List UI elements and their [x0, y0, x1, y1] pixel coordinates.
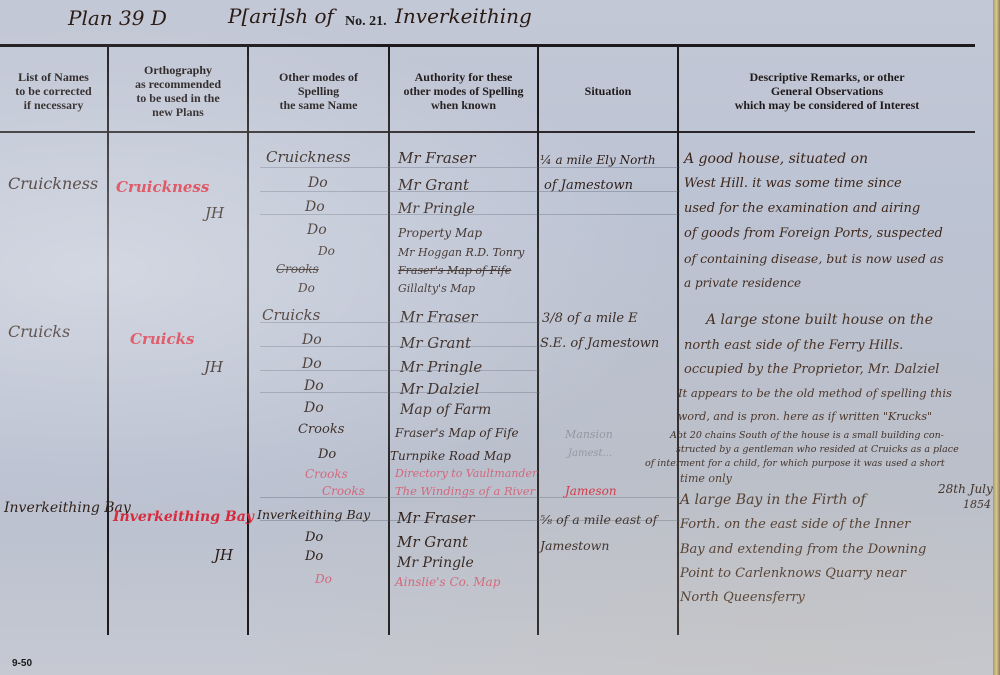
spelling-variant: Do [304, 400, 324, 416]
authority: Mr Fraser [398, 149, 476, 167]
situation-line: ¼ a mile Ely North [540, 153, 656, 167]
authority: Mr Pringle [397, 555, 474, 571]
orthography-recommended: Inverkeithing Bay [113, 509, 254, 525]
remark-line: structed by a gentleman who resided at C… [676, 444, 959, 455]
name-to-correct: Inverkeithing Bay [4, 500, 131, 516]
orthography-recommended: Cruicks [130, 330, 194, 348]
remark-line: occupied by the Proprietor, Mr. Dalziel [684, 362, 939, 377]
spelling-variant: Do [305, 530, 323, 545]
authority: Mr Grant [398, 176, 469, 194]
remark-line: North Queensferry [680, 590, 805, 605]
remark-line: It appears to be the old method of spell… [678, 386, 952, 400]
red-authority-note: Directory to Vaultmander [395, 467, 537, 480]
red-spelling-note: Crooks [322, 484, 365, 498]
authority: Turnpike Road Map [390, 449, 511, 463]
header-top-rule [0, 44, 975, 47]
date-note: 28th July [938, 482, 993, 496]
authority: Gillalty's Map [398, 282, 475, 295]
spelling-variant: Inverkeithing Bay [257, 507, 370, 522]
remark-line: north east side of the Ferry Hills. [684, 338, 903, 353]
spelling-variant: Do [305, 549, 323, 564]
spelling-variant: Do [318, 244, 335, 258]
column-header-remarks: Descriptive Remarks, or other General Ob… [679, 52, 975, 130]
column-divider [388, 44, 390, 635]
remark-line: Forth. on the east side of the Inner [680, 517, 910, 532]
pencil-note: Mansion [565, 428, 613, 441]
spelling-variant: Do [304, 378, 324, 394]
remark-line: of containing disease, but is now used a… [684, 251, 944, 266]
page-edge [993, 0, 1000, 675]
date-note: 1854 [963, 498, 991, 511]
remark-line: A good house, situated on [684, 151, 868, 167]
remark-line: of interment for a child, for which purp… [645, 458, 945, 469]
surveyor-initials: JH [214, 546, 233, 564]
authority: Mr Dalziel [400, 380, 479, 398]
column-header-other-spellings: Other modes of Spelling the same Name [249, 52, 388, 130]
column-header-authority: Authority for these other modes of Spell… [390, 52, 537, 130]
column-header-names: List of Names to be corrected if necessa… [0, 52, 107, 130]
surveyor-initials: JH [205, 204, 224, 222]
surveyor-initials: JH [204, 358, 223, 376]
spelling-variant: Do [307, 222, 327, 238]
spelling-variant: Crooks [298, 422, 344, 437]
authority: Mr Fraser [397, 509, 475, 527]
authority: Mr Fraser [400, 308, 478, 326]
remark-line: used for the examination and airing [684, 201, 920, 216]
remark-line: West Hill. it was some time since [684, 176, 902, 191]
situation-line: ⅝ of a mile east of [540, 512, 657, 527]
header-bottom-rule [0, 131, 975, 133]
situation-line: 3/8 of a mile E [542, 311, 638, 326]
situation-line: S.E. of Jamestown [540, 336, 659, 351]
spelling-variant: Do [318, 447, 336, 462]
red-authority-note: The Windings of a River [395, 484, 535, 498]
spelling-variant: Crooks [276, 262, 319, 276]
spelling-variant: Do [308, 175, 328, 191]
spelling-variant: Do [298, 281, 315, 295]
pencil-note: Jamest... [568, 448, 612, 459]
red-spelling-note: Do [315, 572, 332, 586]
authority: Mr Grant [400, 334, 471, 352]
authority: Map of Farm [400, 402, 491, 418]
name-book-page: Plan 39 D P[ari]sh of No. 21. Inverkeith… [0, 0, 993, 675]
column-divider [537, 44, 539, 635]
remark-line: a private residence [684, 276, 801, 290]
remark-line: A large stone built house on the [706, 312, 933, 328]
authority: Mr Pringle [398, 201, 475, 217]
spelling-variant: Do [302, 356, 322, 372]
situation-line: of Jamestown [544, 178, 633, 193]
red-spelling-note: Crooks [305, 467, 348, 481]
name-to-correct: Cruicks [8, 322, 70, 341]
authority: Fraser's Map of Fife [395, 426, 519, 440]
remark-line: Point to Carlenknows Quarry near [680, 566, 906, 581]
sheet-number: No. 21. [345, 14, 387, 30]
red-situation-note: Jameson [565, 484, 617, 498]
column-divider [677, 44, 679, 635]
spelling-variant: Cruickness [266, 148, 351, 166]
remark-line: Abt 20 chains South of the house is a sm… [670, 430, 944, 441]
authority: Mr Grant [397, 533, 468, 551]
spelling-variant: Do [302, 332, 322, 348]
orthography-recommended: Cruickness [116, 178, 209, 196]
column-divider [247, 44, 249, 635]
authority: Mr Pringle [400, 358, 482, 376]
authority: Mr Hoggan R.D. Tonry [398, 246, 524, 259]
red-authority-note: Ainslie's Co. Map [395, 575, 500, 589]
column-divider [107, 44, 109, 635]
remark-line: word, and is pron. here as if written "K… [678, 410, 932, 423]
footer-stamp: 9-50 [12, 658, 32, 669]
parish-label: P[ari]sh of [228, 4, 334, 28]
column-header-situation: Situation [539, 52, 677, 130]
remark-line: A large Bay in the Firth of [680, 492, 866, 508]
column-header-orthography: Orthography as recommended to be used in… [109, 52, 247, 130]
authority: Property Map [398, 226, 482, 240]
remark-line: Bay and extending from the Downing [680, 542, 926, 557]
parish-name: Inverkeithing [395, 4, 532, 28]
spelling-variant: Cruicks [262, 306, 320, 324]
spelling-variant: Do [305, 199, 325, 215]
name-to-correct: Cruickness [8, 174, 98, 193]
authority: Fraser's Map of Fife [398, 264, 511, 277]
plan-reference: Plan 39 D [68, 6, 167, 30]
situation-line: Jamestown [540, 538, 609, 553]
remark-line: time only [680, 472, 732, 485]
remark-line: of goods from Foreign Ports, suspected [684, 226, 943, 241]
